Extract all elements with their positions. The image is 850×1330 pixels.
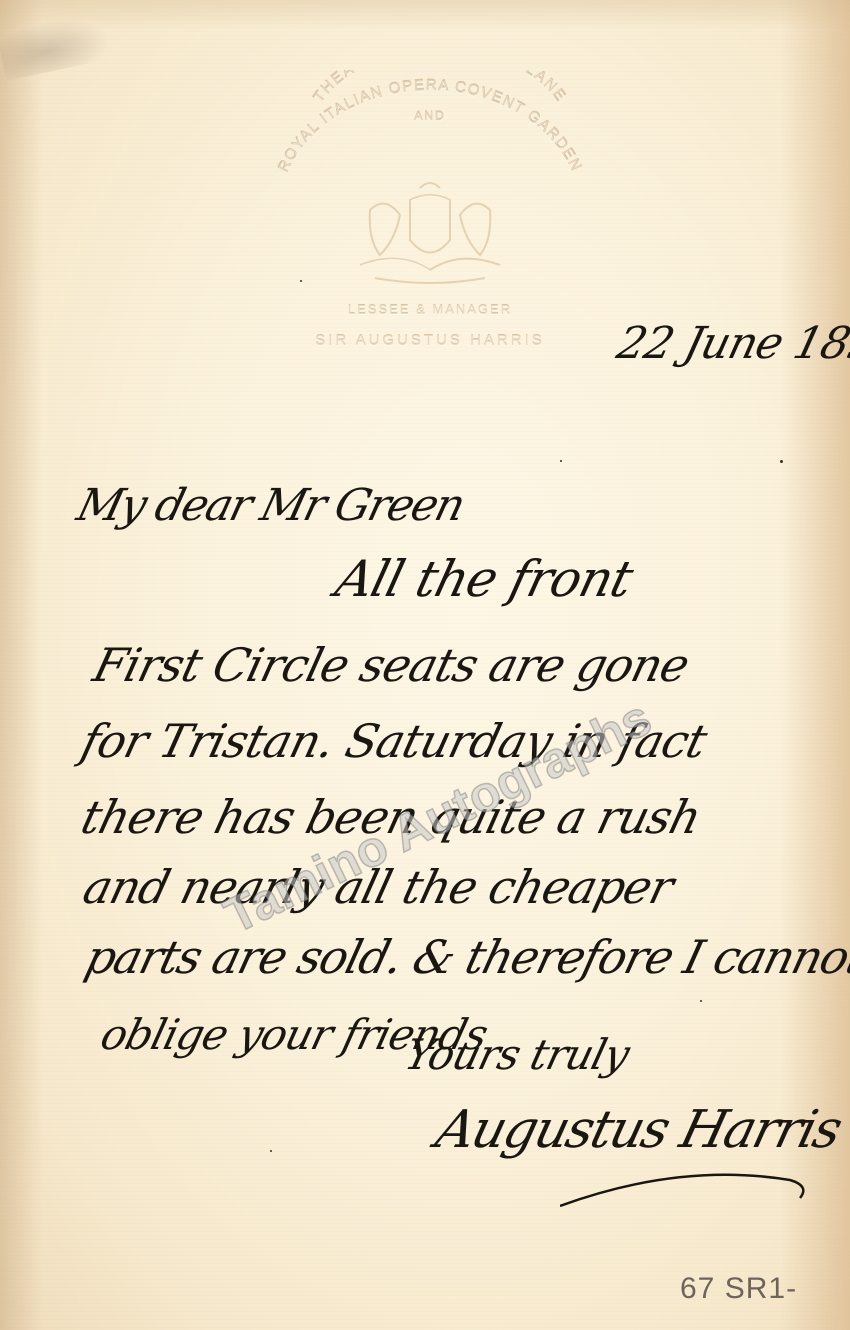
letterhead-line-4: LESSEE & MANAGER <box>270 302 590 317</box>
letterhead-line-5: SIR AUGUSTUS HARRIS <box>270 332 590 349</box>
letterhead-line-2: AND <box>414 109 445 123</box>
pencil-note: 67 SR1- <box>680 1272 797 1306</box>
body-line: parts are sold. & therefore I cannot <box>80 930 850 984</box>
paper-edge-top <box>0 0 850 30</box>
body-line: First Circle seats are gone <box>88 638 694 692</box>
letter-salutation: My dear Mr Green <box>72 480 469 531</box>
embossed-letterhead: THEATRE ROYAL DRURY LANE AND ROYAL ITALI… <box>270 70 590 360</box>
paper-edge-left <box>0 0 42 1330</box>
signature-flourish-icon <box>560 1168 810 1208</box>
signature: Augustus Harris <box>430 1100 846 1160</box>
letter-page: THEATRE ROYAL DRURY LANE AND ROYAL ITALI… <box>0 0 850 1330</box>
body-line: All the front <box>330 550 638 608</box>
coat-of-arms-icon <box>340 170 520 290</box>
letter-closing: Yours truly <box>400 1030 634 1079</box>
letter-date: 22 June 1892 <box>612 318 850 369</box>
